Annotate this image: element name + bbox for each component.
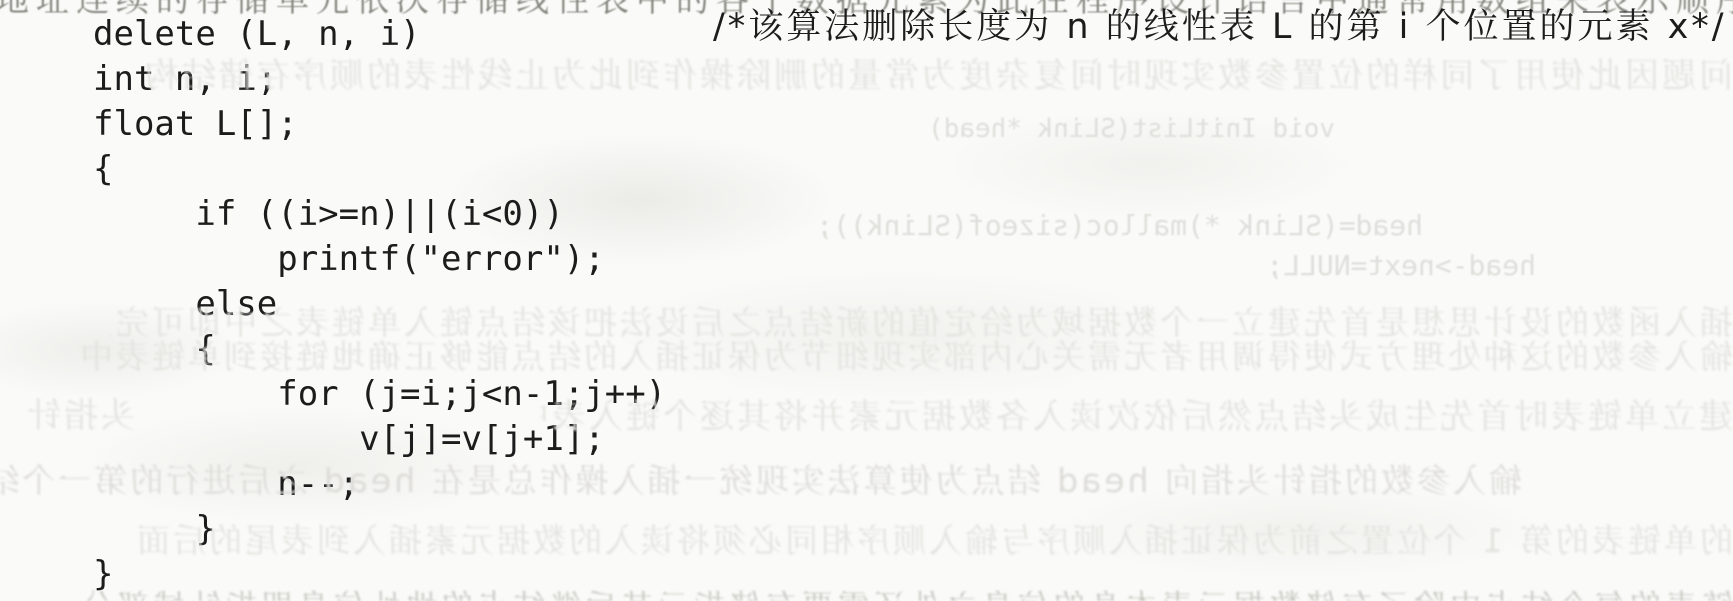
bleed-through-margin-fragment: 头指针	[0, 388, 135, 437]
scanned-page: 地址连续的存储单元依次存储线性表中的各个数据元素为此在程序设计语言中通常用数组来…	[0, 0, 1733, 601]
bleed-through-line-5: 输入参数的指针头指向 head 结点为使算法实现统一插入操作总是在 head 之…	[0, 455, 1522, 502]
bleed-through-line-4: 建立单链表时首先生成头结点然后依次读入各数据元素并将其逐个链入表中	[540, 389, 1733, 438]
bleed-through-line-3: 输入参数的这种处理方式使得调用者无需关心内部实现细节为保证插入的结点能够正确地链…	[0, 331, 1733, 378]
algorithm-comment: /*该算法删除长度为 n 的线性表 L 的第 i 个位置的元素 x*/	[713, 4, 1727, 50]
clipped-noise-strip-bottom: 链表的每个结点中除了存储数据元素本身的信息之外还需要存储指示其后继结点的地址信息…	[0, 581, 1733, 601]
bleed-through-code-initlist: void InitList(SLink *head)	[930, 114, 1335, 144]
bleed-through-line-6: 的单链表的第 1 个位置之前为保证插入顺序与输入顺序相同必须将读入的数据元素插入…	[0, 515, 1733, 562]
bleed-through-line-1: 问题因此使用了同样的位置参数实现时间复杂度为常量的删除操作到此为止线性表的顺序存…	[140, 48, 1733, 97]
bleed-through-code-next-null: head->next=NULL;	[1160, 249, 1536, 282]
bleed-through-code-malloc: head=(SLink *)malloc(sizeof(SLink));	[805, 209, 1423, 242]
